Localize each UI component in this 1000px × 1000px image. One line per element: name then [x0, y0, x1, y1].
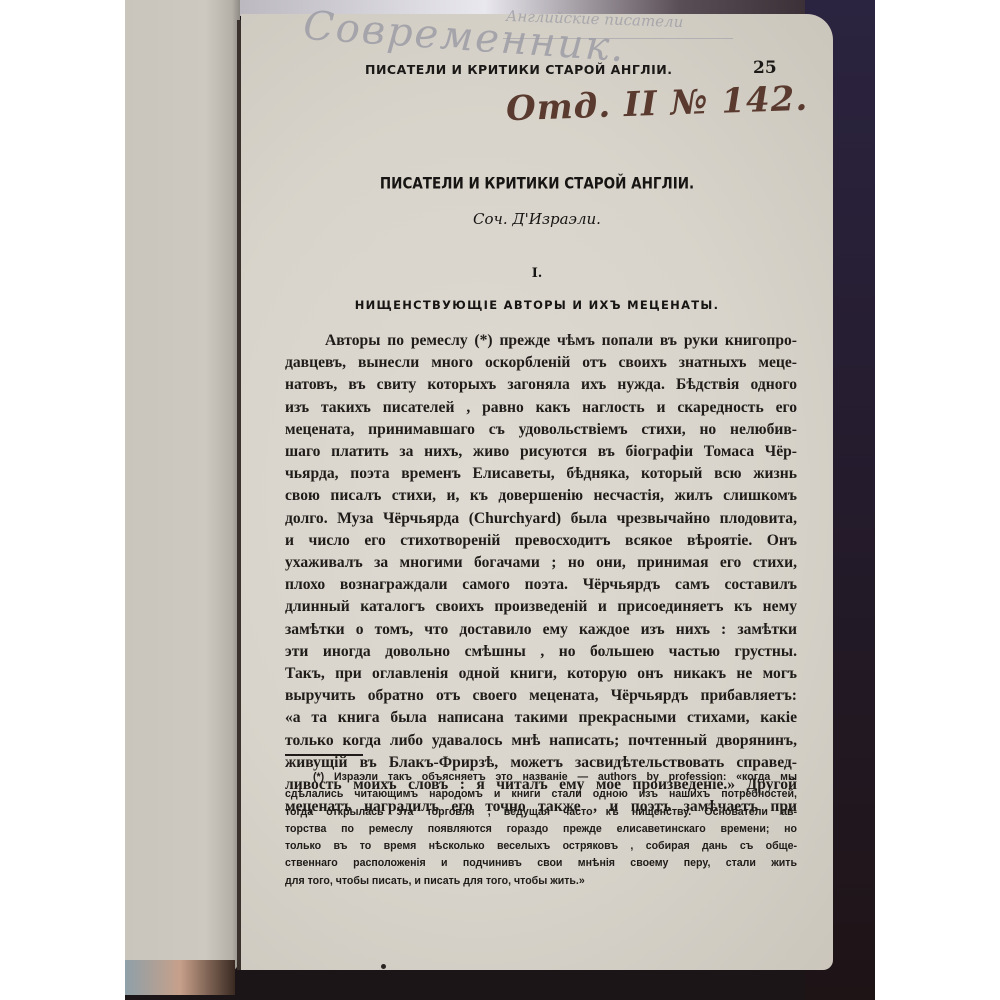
book-photo: Современник. Английские писатели ПИСАТЕЛ…: [125, 0, 875, 1000]
body-line: замѣтки о томъ, что доставило ему каждое…: [285, 619, 797, 641]
page-number: 25: [753, 58, 777, 78]
footnote-rule: [285, 754, 363, 756]
body-line: только когда либо удавалось мнѣ написать…: [285, 730, 797, 752]
section-number: I.: [241, 266, 833, 281]
body-line: эти иногда довольно смѣшны , но большею …: [285, 641, 797, 663]
pencil-underline: [503, 38, 733, 39]
book-edge: [125, 960, 235, 995]
body-line: шаго платить за нихъ, живо рисуются въ б…: [285, 441, 797, 463]
footnote: (*) Израэли такъ объясняетъ это названіе…: [285, 769, 797, 890]
footnote-line: тогда открылась эта торговля , ведущая ч…: [285, 804, 797, 821]
body-line: давцевъ, вынесли много оскорбленій отъ с…: [285, 352, 797, 374]
body-line: натовъ, въ свиту которыхъ загоняла ихъ н…: [285, 374, 797, 396]
body-line: «а та книга была написана такими прекрас…: [285, 707, 797, 729]
body-line: свою писалъ стихи, и, къ довершенію несч…: [285, 485, 797, 507]
left-page-blank: [125, 0, 240, 975]
footnote-line: только въ то время нѣсколько веселыхъ ос…: [285, 838, 797, 855]
body-line: Авторы по ремеслу (*) прежде чѣмъ попали…: [285, 330, 797, 352]
body-line: Такъ, при оглавленія одной книги, котору…: [285, 663, 797, 685]
footnote-line: торства по ремеслу появляются гораздо пр…: [285, 821, 797, 838]
article-title: ПИСАТЕЛИ И КРИТИКИ СТАРОЙ АНГЛІИ.: [241, 175, 833, 193]
body-line: мецената, принимавшаго съ удовольствіемъ…: [285, 419, 797, 441]
footnote-line: ственнаго расположенія и подчинивъ свои …: [285, 855, 797, 872]
body-text: Авторы по ремеслу (*) прежде чѣмъ попали…: [285, 330, 797, 818]
footnote-line: сдѣлались читающимъ народомъ и книги ста…: [285, 786, 797, 803]
body-line: ухаживалъ за многими богачами ; но они, …: [285, 552, 797, 574]
footnote-line: для того, чтобы писать, и писать для тог…: [285, 873, 797, 890]
ink-catalog-mark: Отд. II № 142.: [505, 79, 808, 130]
footnote-line: (*) Израэли такъ объясняетъ это названіе…: [285, 769, 797, 786]
body-line: изъ такихъ писателей , равно какъ наглос…: [285, 397, 797, 419]
article-byline: Соч. Д'Израэли.: [241, 210, 833, 228]
body-line: и число его стихотвореній превосходитъ в…: [285, 530, 797, 552]
body-line: плохо вознаграждали самого поэта. Чёрчья…: [285, 574, 797, 596]
body-line: длинный каталогъ своихъ произведеній и п…: [285, 596, 797, 618]
section-title: НИЩЕНСТВУЮЩІЕ АВТОРЫ И ИХЪ МЕЦЕНАТЫ.: [241, 298, 833, 312]
paper-speck: [381, 964, 386, 969]
body-line: выручить обратно отъ своего мецената, Чё…: [285, 685, 797, 707]
body-line: чьярда, поэта временъ Елисаветы, бѣдняка…: [285, 463, 797, 485]
right-page: Современник. Английские писатели ПИСАТЕЛ…: [241, 14, 833, 970]
running-head: ПИСАТЕЛИ И КРИТИКИ СТАРОЙ АНГЛІИ.: [365, 62, 673, 77]
body-line: долго. Муза Чёрчьярда (Churchyard) была …: [285, 508, 797, 530]
